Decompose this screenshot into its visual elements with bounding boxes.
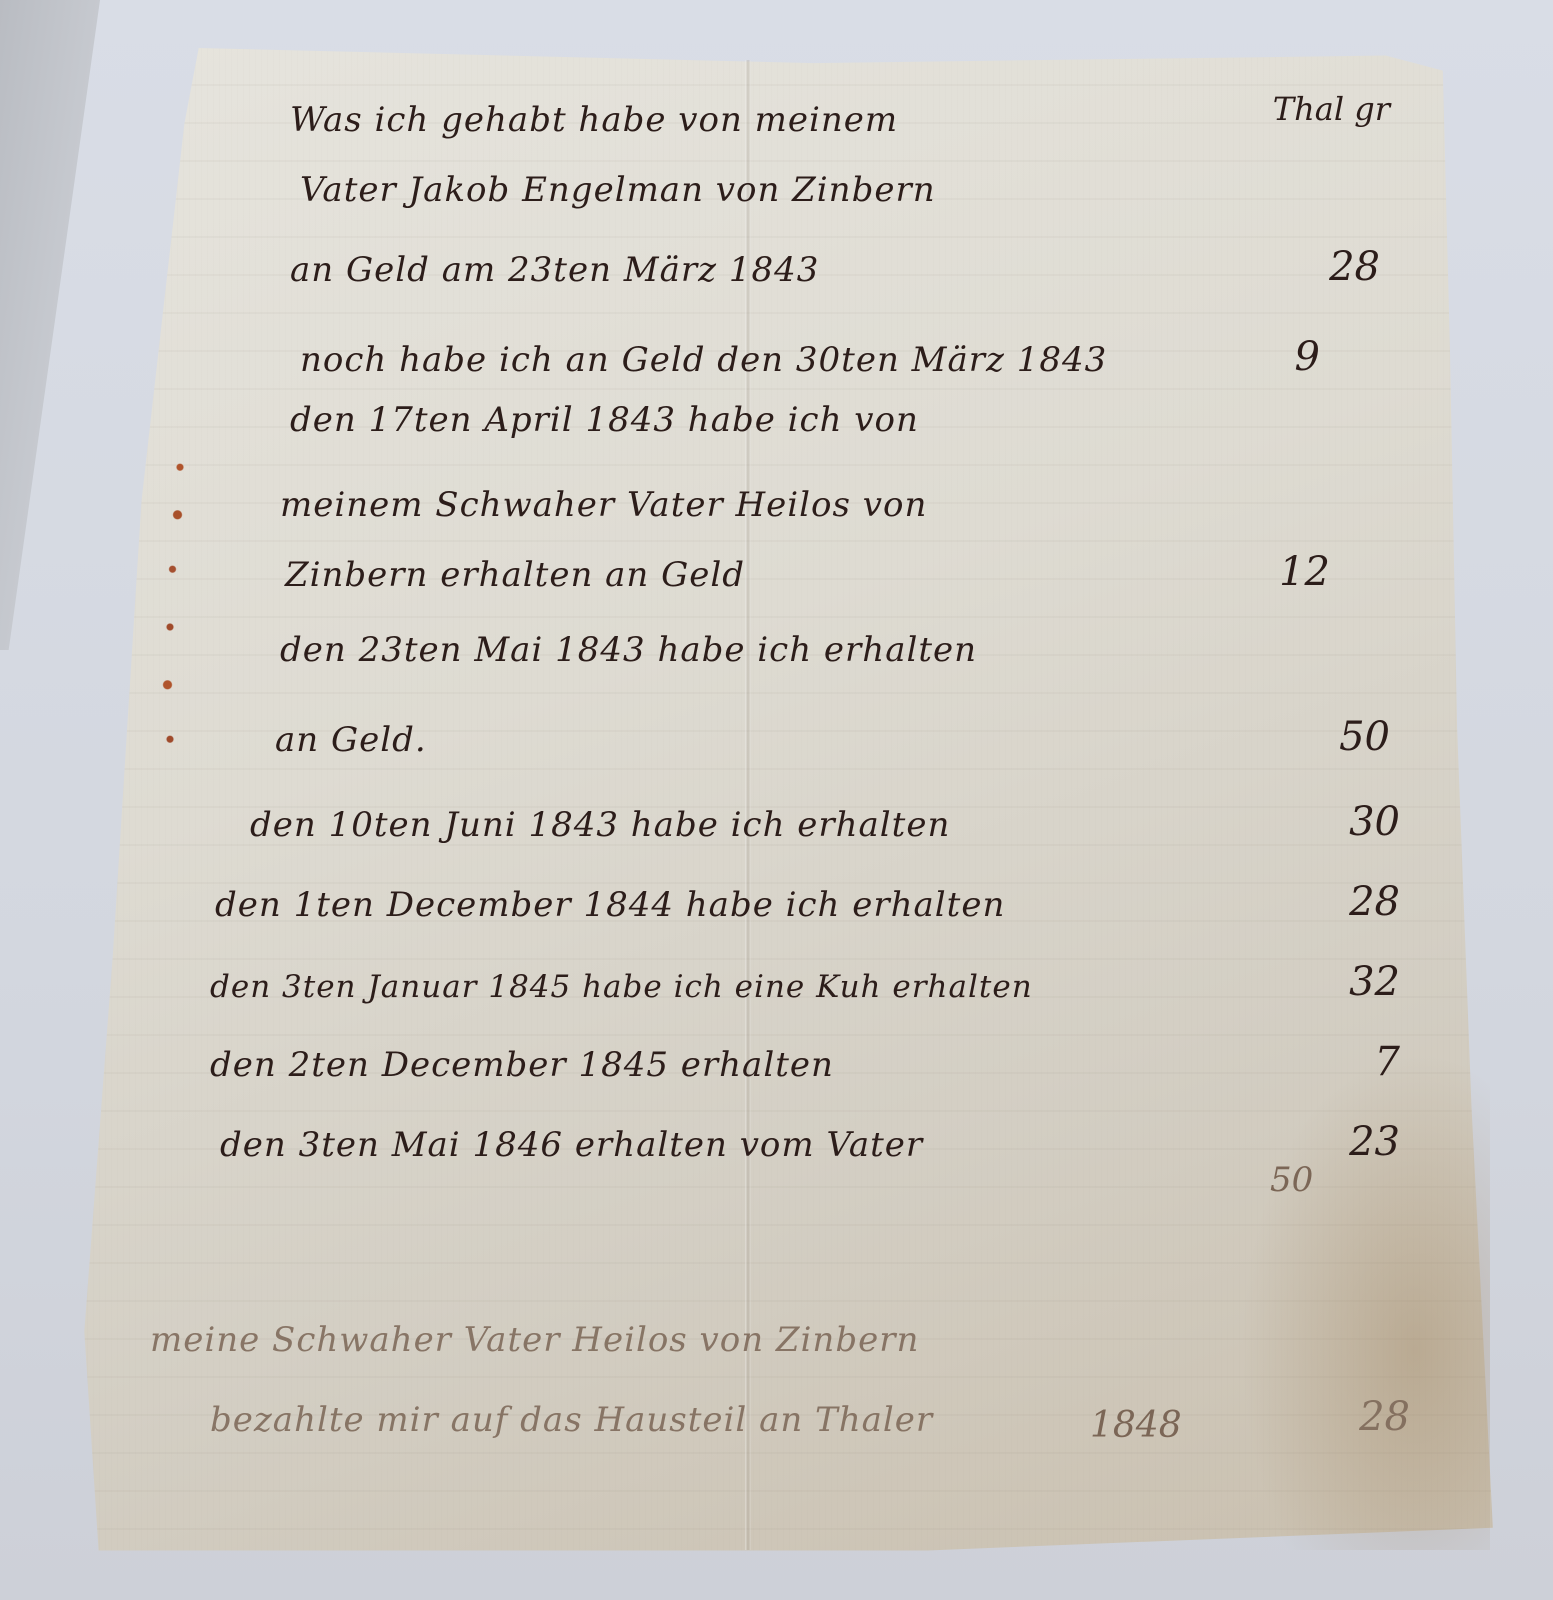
ledger-line: Was ich gehabt habe von meinem bbox=[200, 80, 1380, 140]
footer-year: 1848 bbox=[1090, 1405, 1182, 1446]
subtotal-amount: 50 bbox=[1270, 1160, 1313, 1200]
rust-spots bbox=[150, 440, 200, 780]
background-surface bbox=[0, 0, 100, 650]
footer-text: meine Schwaher Vater Heilos von Zinbern bbox=[150, 1320, 919, 1360]
entry-text: den 17ten April 1843 habe ich von bbox=[290, 400, 919, 440]
entry-text: noch habe ich an Geld den 30ten März 184… bbox=[300, 340, 1107, 380]
ledger-line: an Geld am 23ten März 1843 28 bbox=[200, 230, 1380, 290]
entry-text: den 23ten Mai 1843 habe ich erhalten bbox=[280, 630, 977, 670]
entry-amount: 30 bbox=[1290, 799, 1400, 845]
entry-text: den 3ten Januar 1845 habe ich eine Kuh e… bbox=[210, 969, 1033, 1005]
ledger-line: den 1ten December 1844 habe ich erhalten… bbox=[200, 865, 1380, 925]
entry-amount: 12 bbox=[1220, 549, 1330, 595]
entry-text: Vater Jakob Engelman von Zinbern bbox=[300, 170, 936, 210]
entry-amount: 32 bbox=[1290, 959, 1400, 1005]
footer-line: bezahlte mir auf das Hausteil an Thaler … bbox=[200, 1380, 1380, 1440]
ledger-line: an Geld. 50 bbox=[200, 700, 1380, 760]
footer-amount: 28 bbox=[1300, 1394, 1410, 1440]
ledger-line: den 10ten Juni 1843 habe ich erhalten 30 bbox=[200, 785, 1380, 845]
entry-amount: 7 bbox=[1290, 1039, 1400, 1085]
entry-text: Zinbern erhalten an Geld bbox=[285, 555, 745, 595]
ledger-line: Zinbern erhalten an Geld 12 bbox=[200, 535, 1380, 595]
entry-text: meinem Schwaher Vater Heilos von bbox=[280, 485, 927, 525]
ledger-line: Vater Jakob Engelman von Zinbern bbox=[200, 150, 1380, 210]
entry-text: an Geld am 23ten März 1843 bbox=[290, 250, 819, 290]
ledger-line: noch habe ich an Geld den 30ten März 184… bbox=[200, 320, 1380, 380]
entry-text: an Geld. bbox=[275, 720, 427, 760]
entry-amount: 9 bbox=[1210, 334, 1320, 380]
entry-amount: 50 bbox=[1280, 714, 1390, 760]
entry-text: den 2ten December 1845 erhalten bbox=[210, 1045, 834, 1085]
ledger-line: den 23ten Mai 1843 habe ich erhalten bbox=[200, 610, 1380, 670]
ledger-line: den 3ten Januar 1845 habe ich eine Kuh e… bbox=[200, 945, 1380, 1005]
ledger-line: den 3ten Mai 1846 erhalten vom Vater 23 bbox=[200, 1105, 1380, 1165]
entry-text: den 10ten Juni 1843 habe ich erhalten bbox=[250, 805, 950, 845]
entry-amount: 28 bbox=[1290, 879, 1400, 925]
footer-text: bezahlte mir auf das Hausteil an Thaler bbox=[210, 1400, 933, 1440]
entry-text: den 3ten Mai 1846 erhalten vom Vater bbox=[220, 1125, 923, 1165]
ledger-line: den 17ten April 1843 habe ich von bbox=[200, 380, 1380, 440]
ledger-line: meinem Schwaher Vater Heilos von bbox=[200, 465, 1380, 525]
footer-line: meine Schwaher Vater Heilos von Zinbern bbox=[150, 1300, 1330, 1360]
entry-text: den 1ten December 1844 habe ich erhalten bbox=[215, 885, 1005, 925]
entry-amount: 28 bbox=[1270, 244, 1380, 290]
ledger-line: den 2ten December 1845 erhalten 7 bbox=[200, 1025, 1380, 1085]
entry-amount: 23 bbox=[1290, 1119, 1400, 1165]
entry-text: Was ich gehabt habe von meinem bbox=[290, 100, 898, 140]
